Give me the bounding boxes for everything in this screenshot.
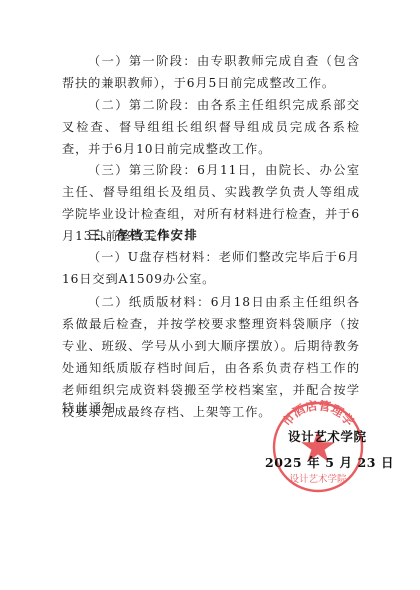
seal-bottom-text: 设计艺术学院	[289, 473, 347, 485]
paragraph-stage-one: （一）第一阶段：由专职教师完成自查（包含帮扶的兼职教师），于6月5日前完成整改工…	[62, 50, 360, 94]
document-page: （一）第一阶段：由专职教师完成自查（包含帮扶的兼职教师），于6月5日前完成整改工…	[0, 0, 420, 590]
signature-organization: 设计艺术学院	[288, 427, 367, 445]
svg-text:市酒店管理学: 市酒店管理学	[279, 400, 358, 429]
official-seal-icon: 市酒店管理学 设计艺术学院	[271, 400, 365, 494]
closing-remark: 特此通知	[62, 399, 116, 416]
section-heading-archiving: 三、存档工作安排	[62, 224, 360, 246]
signature-date: 2025 年 5 月 23 日	[265, 453, 394, 471]
paragraph-usb-archive: （一）U盘存档材料：老师们整改完毕后于6月16日交到A1509办公室。	[62, 246, 360, 290]
paragraph-stage-two: （二）第二阶段：由各系主任组织完成系部交叉检查、督导组组长组织督导组成员完成各系…	[62, 94, 360, 160]
